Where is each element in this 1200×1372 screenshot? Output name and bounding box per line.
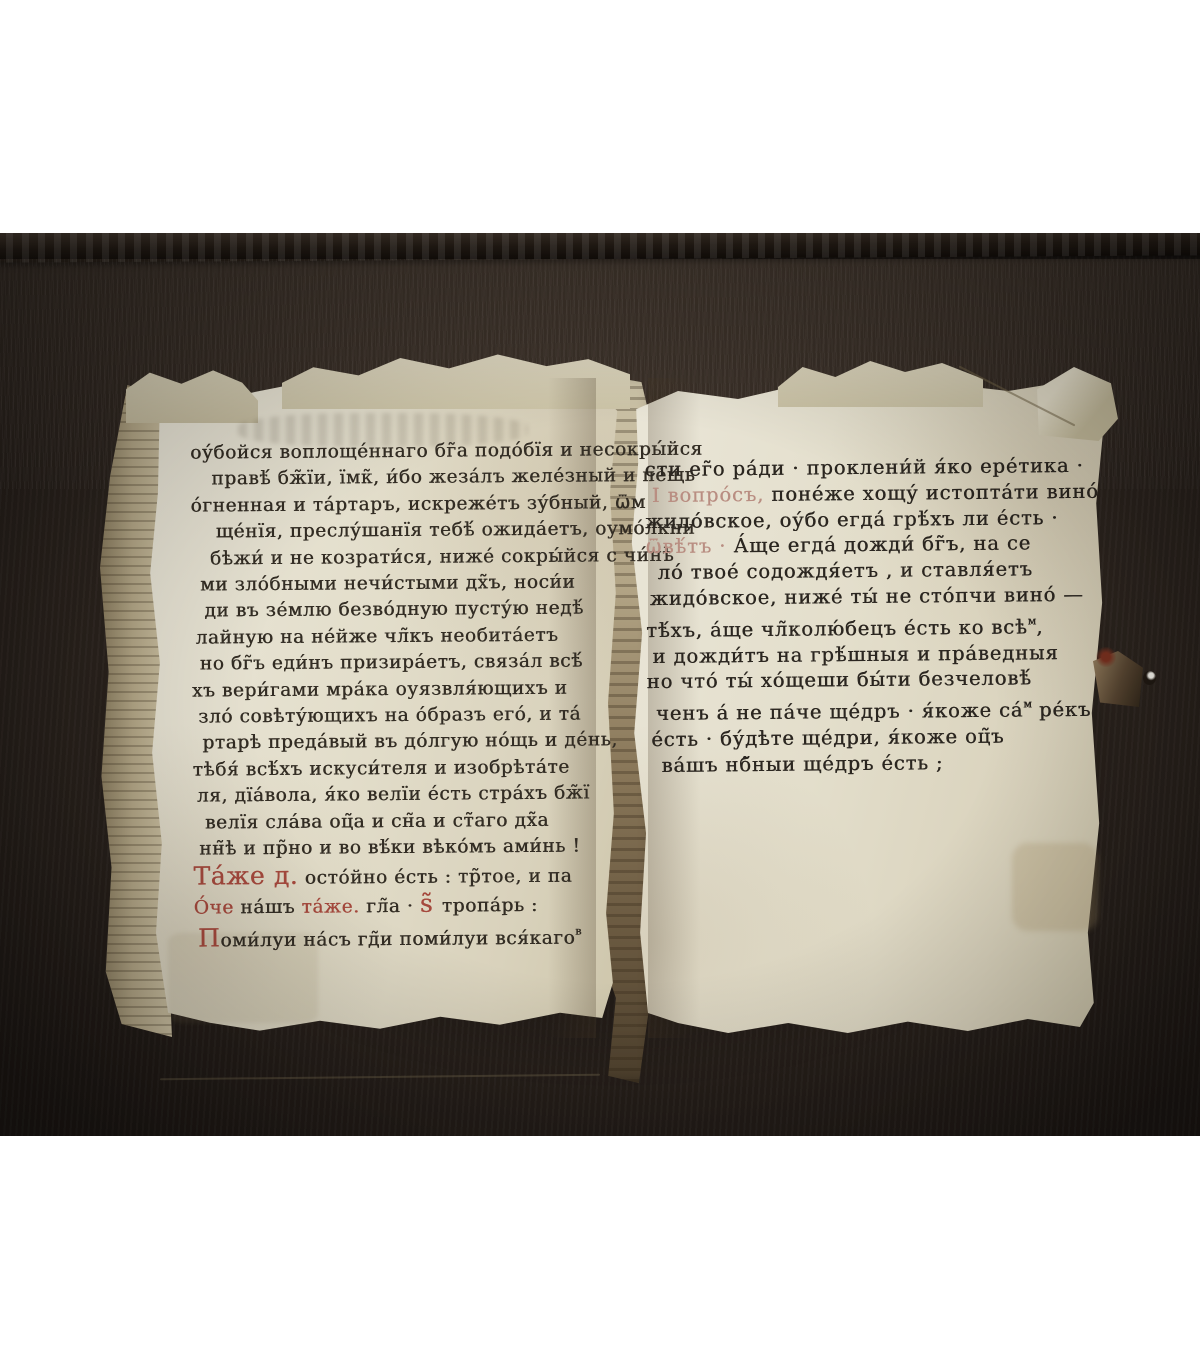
ink-text: велїя сла́ва оц̃а и сн̃а и ст̃аго дх̃а [205, 810, 549, 834]
ink-text: но бг̃ъ еди́нъ призира́етъ, связа́л всѣ́ [200, 651, 583, 675]
manuscript-text-line: лайную на не́йже чл̃къ необита́етъ [195, 622, 603, 652]
manuscript-photo: оу́бойся воплоще́ннаго бг̃а подо́бїя и н… [0, 233, 1200, 1136]
manuscript-text-line: ди въ зе́млю безво́дную пусту́ю недѣ́ [204, 596, 603, 626]
manuscript-text-line: ченъ а́ не па́че ще́дръ · я́коже са́м ре… [656, 691, 1087, 727]
ink-text: бѣжи́ и не козрати́ся, ниже́ сокры́йся с… [210, 544, 674, 569]
manuscript-text-line: оу́бойся воплоще́ннаго бг̃а подо́бїя и н… [190, 437, 602, 467]
manuscript-text-line: тѣбя́ всѣ́хъ искуси́теля и изобрѣта́те [192, 754, 604, 784]
clasp-rust-spot [1096, 647, 1116, 667]
manuscript-text-line: жидо́вское, ниже́ ты́ не сто́пчи вино́ — [650, 582, 1086, 612]
ink-text: ди въ зе́млю безво́дную пусту́ю недѣ́ [204, 598, 584, 622]
manuscript-text-line: правѣ́ бж̃їи, їмк̃, и́бо жеза́лъ желе́зн… [211, 464, 602, 493]
manuscript-text-line: ртарѣ преда́вый въ до́лгую но́щь и де́нь… [202, 728, 604, 758]
ink-text: сти ег̃о ра́ди · проклени́й я́ко ере́тик… [644, 454, 1083, 481]
red-ink-text: ѿвѣ́тъ · [645, 535, 733, 559]
ink-text: жидо́вское, оу́бо егда́ грѣ́хъ ли е́сть … [645, 506, 1058, 533]
manuscript-text-line: І вопро́съ, поне́же хощу́ истопта́ти вин… [652, 479, 1085, 509]
ink-text: оу́бойся воплоще́ннаго бг̃а подо́бїя и н… [190, 439, 703, 464]
red-ink-text: П [198, 924, 221, 953]
ink-text: м [1023, 698, 1032, 711]
manuscript-text-line: но бг̃ъ еди́нъ призира́етъ, связа́л всѣ́ [200, 649, 604, 679]
screenshot-canvas: { "scene": { "description": "Photograph … [0, 0, 1200, 1372]
ink-text: о́гненная и та́ртаръ, искреже́тъ зу́бный… [190, 492, 646, 517]
manuscript-text-line: бѣжи́ и не козрати́ся, ниже́ сокры́йся с… [210, 543, 603, 572]
ink-text: на́шъ [240, 897, 301, 918]
manuscript-text-line: зло́ совѣту́ющихъ на о́бразъ его́, и та́ [198, 701, 604, 731]
manuscript-text-line: ми зло́бными нечи́стыми дх̃ъ, носи́и [200, 569, 603, 599]
letterbox-top [0, 0, 1200, 233]
manuscript-text-line: Та́же д. осто́йно е́сть : тр̃тое, и па [193, 860, 605, 893]
ink-text: тропа́рь : [442, 895, 538, 917]
ink-text: жидо́вское, ниже́ ты́ не сто́пчи вино́ — [650, 583, 1084, 610]
manuscript-text-line: ва́шъ нб̃ныи ще́дръ е́сть ; [661, 749, 1087, 779]
ink-text: ре́къ [1032, 698, 1092, 722]
ink-text: ля, дїа́вола, я́ко велїи е́сть стра́хъ б… [197, 783, 590, 807]
manuscript-text-line: сти ег̃о ра́ди · проклени́й я́ко ере́тик… [644, 453, 1084, 483]
paper-stain [1012, 843, 1098, 931]
ink-text: хъ вери́гами мра́ка оуязвля́ющихъ и [192, 677, 568, 701]
manuscript-text-line: О́че на́шъ та́же. гл̃а · ѕ̃ тропа́рь : [194, 889, 606, 922]
ink-text: нн̃ѣ и пр̃но и во вѣ́ки вѣко́мъ ами́нь ! [199, 836, 580, 860]
ink-text: поне́же хощу́ истопта́ти вино́ [771, 480, 1099, 506]
red-ink-text: Та́же д. [193, 860, 298, 890]
ink-text: ртарѣ преда́вый въ до́лгую но́щь и де́нь… [202, 730, 618, 754]
ink-text: лайную на не́йже чл̃къ необита́етъ [195, 625, 558, 649]
ink-text: оми́луи на́съ гд̃и поми́луи вся́каго [220, 928, 575, 952]
ink-text: зло́ совѣту́ющихъ на о́бразъ его́, и та́ [198, 704, 581, 728]
left-page-text: оу́бойся воплоще́ннаго бг̃а подо́бїя и н… [190, 437, 606, 955]
manuscript-text-line: тѣ́хъ, а́ще чл̃колю́бецъ е́сть ко всѣм, [646, 608, 1086, 644]
right-page-text: сти ег̃о ра́ди · проклени́й я́ко ере́тик… [644, 453, 1087, 779]
clasp-metal-pin [1143, 671, 1156, 685]
manuscript-text-line: велїя сла́ва оц̃а и сн̃а и ст̃аго дх̃а [205, 807, 605, 837]
ink-text: ще́нїя, преслу́шанїя тебѣ́ ожида́етъ, оу… [216, 518, 696, 543]
ink-text: А́ще егда́ дожди́ бг̃ъ, на се [733, 532, 1031, 558]
page-fold-line [160, 1074, 600, 1081]
ink-text: но что́ ты́ хо́щеши бы́ти безчеловѣ́ [647, 667, 1032, 694]
manuscript-text-line: о́гненная и та́ртаръ, искреже́тъ зу́бный… [190, 490, 602, 520]
manuscript-text-line: хъ вери́гами мра́ка оуязвля́ющихъ и [192, 675, 604, 705]
manuscript-text-line: ще́нїя, преслу́шанїя тебѣ́ ожида́етъ, оу… [216, 517, 603, 546]
ink-text: ло́ твое́ содождя́етъ , и ставля́етъ [657, 558, 1033, 585]
red-ink-text: ѕ̃ [420, 889, 442, 918]
ink-text: ва́шъ нб̃ныи ще́дръ е́сть ; [661, 751, 943, 777]
red-ink-text: О́че [194, 897, 241, 918]
manuscript-text-line: Поми́луи на́съ гд̃и поми́луи вся́кагов [198, 919, 606, 956]
ink-text: е́сть · бу́дѣте ще́дри, я́коже оц̃ъ [651, 725, 1004, 751]
ink-text: тѣ́хъ, а́ще чл̃колю́бецъ е́сть ко всѣ [646, 615, 1028, 642]
ink-text: осто́йно е́сть : тр̃тое, и па [298, 865, 572, 888]
ink-text: в [575, 925, 581, 938]
ink-text: гл̃а · [366, 896, 420, 917]
ink-text: правѣ́ бж̃їи, їмк̃, и́бо жеза́лъ желе́зн… [211, 465, 695, 490]
red-ink-text: І вопро́съ, [652, 483, 772, 507]
manuscript-text-line: нн̃ѣ и пр̃но и во вѣ́ки вѣко́мъ ами́нь ! [199, 833, 605, 863]
letterbox-bottom [0, 1136, 1200, 1372]
ink-text: тѣбя́ всѣ́хъ искуси́теля и изобрѣта́те [192, 757, 569, 781]
ink-text: ченъ а́ не па́че ще́дръ · я́коже са́ [656, 699, 1024, 726]
manuscript-text-line: ля, дїа́вола, я́ко велїи е́сть стра́хъ б… [197, 781, 605, 811]
red-ink-text: та́же. [301, 896, 366, 918]
ink-text: , [1036, 615, 1043, 638]
ink-text: м [1027, 614, 1036, 627]
ink-text: и дожди́тъ на грѣ́шныя и пра́ведныя [652, 641, 1058, 668]
ink-text: ми зло́бными нечи́стыми дх̃ъ, носи́и [200, 572, 575, 596]
